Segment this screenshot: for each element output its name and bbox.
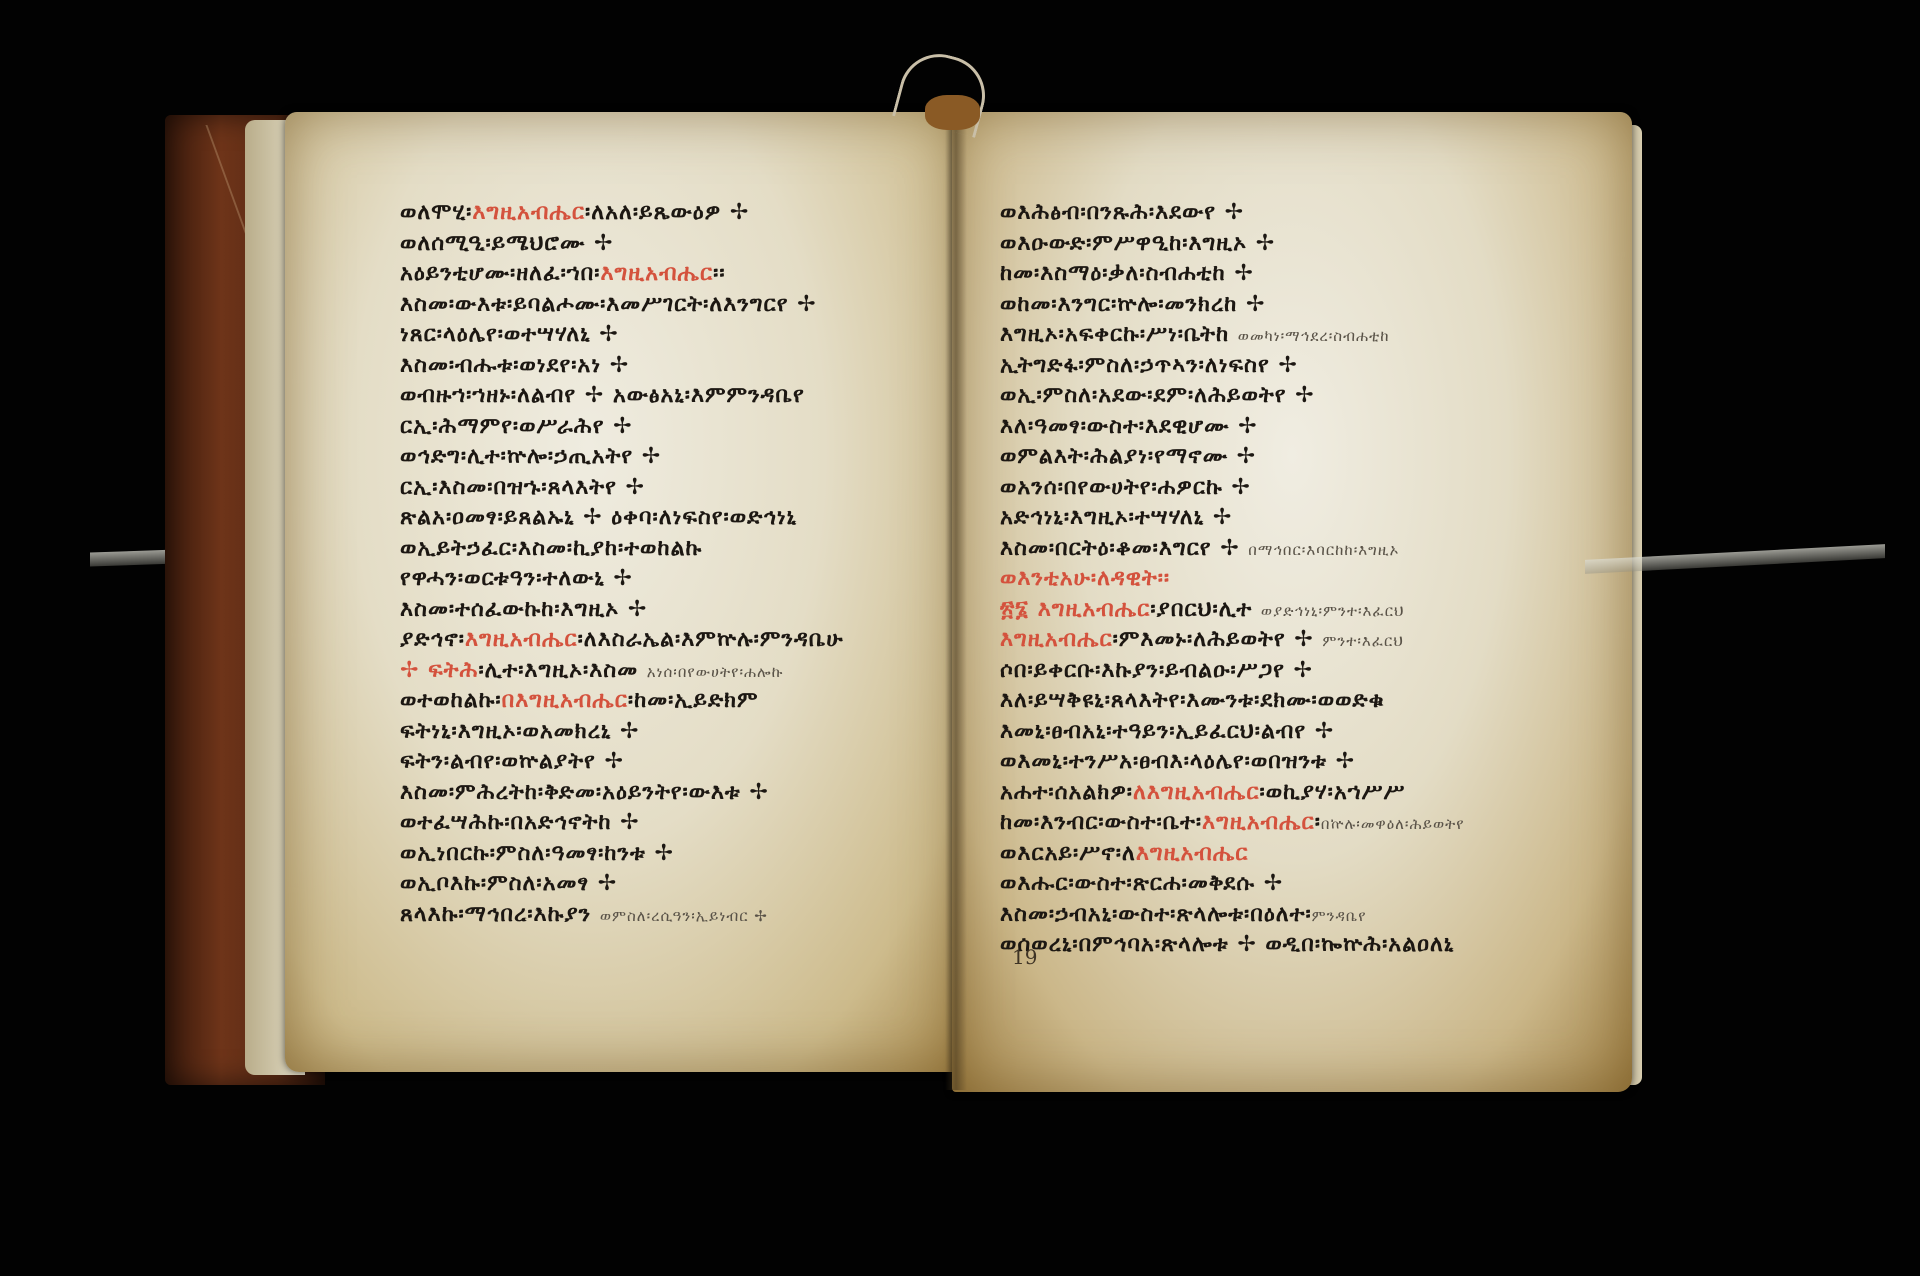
- manuscript-line: ከመ፡እስማዕ፡ቃለ፡ስብሐቲከ ✢: [1000, 259, 1560, 290]
- ink-text: ፍትን፡ልብየ፡ወኵልያትየ ✢: [400, 749, 624, 774]
- manuscript-line: አድኅነኒ፡እግዚኦ፡ተሣሃለኒ ✢: [1000, 503, 1560, 534]
- ink-text: ጽልአ፡ዐመፃ፡ይጸልኡኒ ✢ ዕቀባ፡ለነፍስየ፡ወድኅነኒ: [400, 505, 797, 530]
- manuscript-line: እለ፡ይሣቅዩኒ፡ጸላእትየ፡እሙንቱ፡ደክሙ፡ወወድቁ: [1000, 686, 1560, 717]
- ink-text: ኢትግድፋ፡ምስለ፡ኃጥኣን፡ለነፍስየ ✢: [1000, 353, 1298, 378]
- rubricated-text: በእግዚአብሔር: [502, 688, 628, 713]
- manuscript-line: ፍትነኒ፡እግዚኦ፡ወአመክረኒ ✢: [400, 717, 960, 748]
- ink-text: እለ፡ይሣቅዩኒ፡ጸላእትየ፡እሙንቱ፡ደክሙ፡ወወድቁ: [1000, 688, 1385, 713]
- manuscript-line: ኢትግድፋ፡ምስለ፡ኃጥኣን፡ለነፍስየ ✢: [1000, 351, 1560, 382]
- ink-text: ፡ሊተ፡እግዚኦ፡እስመ: [478, 658, 646, 683]
- rubricated-text: እግዚአብሔር: [600, 261, 713, 286]
- manuscript-line: ርኢ፡እስመ፡በዝኁ፡ጸላእትየ ✢: [400, 473, 960, 504]
- ink-text: ወለሞሂ፡: [400, 200, 472, 225]
- manuscript-line: ወእመኒ፡ተንሥአ፡ፀብእ፡ላዕሌየ፡ወበዝንቱ ✢: [1000, 747, 1560, 778]
- ink-text: እስመ፡ተሰፈውኩከ፡እግዚኦ ✢: [400, 597, 647, 622]
- ink-text: ወተወከልኩ፡: [400, 688, 502, 713]
- rubricated-text: እግዚአብሔር: [1136, 841, 1249, 866]
- manuscript-line: ወኢነበርኩ፡ምስለ፡ዓመፃ፡ከንቱ ✢: [400, 839, 960, 870]
- manuscript-line: ወምልእት፡ሕልያነ፡የማኖሙ ✢: [1000, 442, 1560, 473]
- ink-text: ያድኅኖ፡: [400, 627, 465, 652]
- ink-text: ወእሑር፡ውስተ፡ጽርሐ፡መቅደሱ ✢: [1000, 871, 1283, 896]
- ink-text: ወኅድግ፡ሊተ፡ኵሎ፡ኃጢአትየ ✢: [400, 444, 661, 469]
- ink-text: ርኢ፡እስመ፡በዝኁ፡ጸላእትየ ✢: [400, 475, 645, 500]
- ink-text: ጸላእኩ፡ማኅበረ፡እኩያን: [400, 902, 600, 927]
- ink-text: እለ፡ዓመፃ፡ውስተ፡እደዊሆሙ ✢: [1000, 414, 1258, 439]
- manuscript-line: እስመ፡ብሑቱ፡ወነደየ፡አነ ✢: [400, 351, 960, 382]
- ink-text: ወእመኒ፡ተንሥአ፡ፀብእ፡ላዕሌየ፡ወበዝንቱ ✢: [1000, 749, 1355, 774]
- rubricated-text: ፳፮ እግዚአብሔር: [1000, 597, 1150, 622]
- ink-text: ፍትነኒ፡እግዚኦ፡ወአመክረኒ ✢: [400, 719, 639, 744]
- manuscript-line: ወኢ፡ምስለ፡አደው፡ደም፡ለሕይወትየ ✢: [1000, 381, 1560, 412]
- manuscript-line: ወብዙኀ፡ኀዘኑ፡ለልብየ ✢ አውፅአኒ፡እምምንዳቤየ: [400, 381, 960, 412]
- ink-text: ወተፈሣሕኩ፡በአድኅኖትከ ✢: [400, 810, 640, 835]
- rubricated-text: ✢ ፍትሕ: [400, 658, 478, 683]
- manuscript-photo: ወለሞሂ፡እግዚአብሔር፡ለአለ፡ይጼውዕዎ ✢ወለሰሚዒ፡ይሜህሮሙ ✢አዕይ…: [0, 0, 1920, 1276]
- manuscript-line: ወሰወረኒ፡በምኅባአ፡ጽላሎቱ ✢ ወዲበ፡ኰኵሕ፡አልዐለኒ: [1000, 930, 1560, 961]
- faint-text: ወመካነ፡ማኅደረ፡ስብሐቲከ: [1238, 327, 1390, 345]
- faint-text: በኵሉ፡መዋዕለ፡ሕይወትየ: [1321, 815, 1465, 833]
- manuscript-line: ወእርአይ፡ሥኖ፡ለእግዚአብሔር: [1000, 839, 1560, 870]
- ink-text: ከመ፡እስማዕ፡ቃለ፡ስብሐቲከ ✢: [1000, 261, 1254, 286]
- ink-text: ወምልእት፡ሕልያነ፡የማኖሙ ✢: [1000, 444, 1256, 469]
- faint-text: ምንዳቤየ: [1312, 907, 1367, 925]
- ink-text: ወአንሰ፡በየውሀትየ፡ሐዎርኩ ✢: [1000, 475, 1251, 500]
- manuscript-line: ወኢይትኃፈር፡እስመ፡ኪያከ፡ተወከልኩ: [400, 534, 960, 565]
- faint-text: በማኅበር፡እባርከከ፡እግዚኦ: [1248, 541, 1399, 559]
- rubricated-text: ለእግዚአብሔር: [1133, 780, 1260, 805]
- manuscript-line: እስመ፡በርትዕ፡ቆመ፡እግርየ ✢ በማኅበር፡እባርከከ፡እግዚኦ: [1000, 534, 1560, 565]
- manuscript-line: ወተፈሣሕኩ፡በአድኅኖትከ ✢: [400, 808, 960, 839]
- manuscript-line: ፳፮ እግዚአብሔር፡ያበርህ፡ሊተ ወያድኅነኒ፡ምንተ፡እፈርህ: [1000, 595, 1560, 626]
- ink-text: ርኢ፡ሕማምየ፡ወሥራሕየ ✢: [400, 414, 633, 439]
- manuscript-line: እግዚአብሔር፡ምእመኑ፡ለሕይወትየ ✢ ምንተ፡እፈርህ: [1000, 625, 1560, 656]
- ink-text: እስመ፡ምሕረትከ፡ቅድመ፡አዕይንትየ፡ውእቱ ✢: [400, 780, 769, 805]
- ink-text: ወብዙኀ፡ኀዘኑ፡ለልብየ ✢ አውፅአኒ፡እምምንዳቤየ: [400, 383, 805, 408]
- manuscript-line: ወአንሰ፡በየውሀትየ፡ሐዎርኩ ✢: [1000, 473, 1560, 504]
- manuscript-line: እለ፡ዓመፃ፡ውስተ፡እደዊሆሙ ✢: [1000, 412, 1560, 443]
- ink-text: ከመ፡እንብር፡ውስተ፡ቤተ፡: [1000, 810, 1202, 835]
- manuscript-line: እስመ፡ውእቱ፡ይባልሖሙ፡እመሥገርት፡ለእንግርየ ✢: [400, 290, 960, 321]
- manuscript-line: ጽልአ፡ዐመፃ፡ይጸልኡኒ ✢ ዕቀባ፡ለነፍስየ፡ወድኅነኒ: [400, 503, 960, 534]
- ink-text: ወኢቦእኩ፡ምስለ፡አመፃ ✢: [400, 871, 617, 896]
- manuscript-line: ወእንቲአሁ፡ለዳዊት፡፡: [1000, 564, 1560, 595]
- ink-text: ወኢነበርኩ፡ምስለ፡ዓመፃ፡ከንቱ ✢: [400, 841, 674, 866]
- manuscript-line: ፍትን፡ልብየ፡ወኵልያትየ ✢: [400, 747, 960, 778]
- rubricated-text: እግዚአብሔር: [472, 200, 585, 225]
- page-number: 19: [1012, 945, 1037, 969]
- manuscript-line: የዋሓን፡ወርቱዓን፡ተለውኒ ✢: [400, 564, 960, 595]
- ink-text: ወእርአይ፡ሥኖ፡ለ: [1000, 841, 1136, 866]
- manuscript-line: አሐተ፡ሰአልክዎ፡ለእግዚአብሔር፡ወኪያሃ፡አኀሥሥ: [1000, 778, 1560, 809]
- rubricated-text: እግዚአብሔር: [1202, 810, 1315, 835]
- right-page-text: ወእሕፅብ፡በንጹሕ፡እደውየ ✢ወእዑውድ፡ምሥዋዒከ፡እግዚኦ ✢ከመ፡እስ…: [1000, 198, 1560, 961]
- ink-text: ወእሕፅብ፡በንጹሕ፡እደውየ ✢: [1000, 200, 1244, 225]
- ink-text: ፡ያበርህ፡ሊተ: [1150, 597, 1261, 622]
- left-page-text: ወለሞሂ፡እግዚአብሔር፡ለአለ፡ይጼውዕዎ ✢ወለሰሚዒ፡ይሜህሮሙ ✢አዕይ…: [400, 198, 960, 930]
- ink-text: ወኢይትኃፈር፡እስመ፡ኪያከ፡ተወከልኩ: [400, 536, 702, 561]
- manuscript-line: ✢ ፍትሕ፡ሊተ፡እግዚኦ፡እስመ አነሰ፡በየውሀትየ፡ሐሎኩ: [400, 656, 960, 687]
- ink-text: እግዚኦ፡አፍቀርኩ፡ሥነ፡ቤትከ: [1000, 322, 1238, 347]
- ink-text: ወሰወረኒ፡በምኅባአ፡ጽላሎቱ ✢ ወዲበ፡ኰኵሕ፡አልዐለኒ: [1000, 932, 1454, 957]
- manuscript-line: ወእሕፅብ፡በንጹሕ፡እደውየ ✢: [1000, 198, 1560, 229]
- manuscript-line: እስመ፡ምሕረትከ፡ቅድመ፡አዕይንትየ፡ውእቱ ✢: [400, 778, 960, 809]
- rubricated-text: እግዚአብሔር: [465, 627, 578, 652]
- manuscript-line: ርኢ፡ሕማምየ፡ወሥራሕየ ✢: [400, 412, 960, 443]
- manuscript-line: እግዚኦ፡አፍቀርኩ፡ሥነ፡ቤትከ ወመካነ፡ማኅደረ፡ስብሐቲከ: [1000, 320, 1560, 351]
- ink-text: ሶበ፡ይቀርቡ፡እኩያን፡ይብልዑ፡ሥጋየ ✢: [1000, 658, 1313, 683]
- manuscript-line: ወኅድግ፡ሊተ፡ኵሎ፡ኃጢአትየ ✢: [400, 442, 960, 473]
- ink-text: እስመ፡ብሑቱ፡ወነደየ፡አነ ✢: [400, 353, 629, 378]
- faint-text: ምንተ፡እፈርህ: [1322, 632, 1404, 650]
- manuscript-line: አዕይንቲሆሙ፡ዘለፈ፡ኀበ፡እግዚአብሔር፡፡: [400, 259, 960, 290]
- ink-text: ፡ለእስራኤል፡እምኵሉ፡ምንዳቤሁ: [578, 627, 844, 652]
- manuscript-line: እመኒ፡ፀብአኒ፡ተዓይን፡ኢይፈርህ፡ልብየ ✢: [1000, 717, 1560, 748]
- manuscript-line: ወኢቦእኩ፡ምስለ፡አመፃ ✢: [400, 869, 960, 900]
- ink-text: ፡ወኪያሃ፡አኀሥሥ: [1260, 780, 1406, 805]
- ink-text: ፡፡: [713, 261, 725, 286]
- ink-text: እስመ፡በርትዕ፡ቆመ፡እግርየ ✢: [1000, 536, 1248, 561]
- rubricated-text: እግዚአብሔር: [1000, 627, 1113, 652]
- manuscript-line: ወተወከልኩ፡በእግዚአብሔር፡ከመ፡ኢይድክም: [400, 686, 960, 717]
- ink-text: ወእዑውድ፡ምሥዋዒከ፡እግዚኦ ✢: [1000, 231, 1275, 256]
- manuscript-line: እስመ፡ተሰፈውኩከ፡እግዚኦ ✢: [400, 595, 960, 626]
- ink-text: ነጸር፡ላዕሌየ፡ወተሣሃለኒ ✢: [400, 322, 619, 347]
- ink-text: እመኒ፡ፀብአኒ፡ተዓይን፡ኢይፈርህ፡ልብየ ✢: [1000, 719, 1334, 744]
- manuscript-line: እስመ፡ኃብአኒ፡ውስተ፡ጽላሎቱ፡በዕለተ፡ምንዳቤየ: [1000, 900, 1560, 931]
- faint-text: አነሰ፡በየውሀትየ፡ሐሎኩ: [647, 663, 784, 681]
- ink-text: ፡ከመ፡ኢይድክም: [628, 688, 759, 713]
- ink-text: አሐተ፡ሰአልክዎ፡: [1000, 780, 1133, 805]
- ink-text: እስመ፡ኃብአኒ፡ውስተ፡ጽላሎቱ፡በዕለተ፡: [1000, 902, 1312, 927]
- manuscript-line: ወከመ፡እንግር፡ኵሎ፡መንክረከ ✢: [1000, 290, 1560, 321]
- ink-text: ፡ምእመኑ፡ለሕይወትየ ✢: [1113, 627, 1323, 652]
- faint-text: ወያድኅነኒ፡ምንተ፡እፈርህ: [1261, 602, 1405, 620]
- binding-knot: [925, 95, 980, 130]
- rubricated-text: ወእንቲአሁ፡ለዳዊት፡፡: [1000, 566, 1170, 591]
- faint-text: ወምስለ፡ረሲዓን፡ኢይነብር ✢: [600, 907, 768, 925]
- manuscript-line: ሶበ፡ይቀርቡ፡እኩያን፡ይብልዑ፡ሥጋየ ✢: [1000, 656, 1560, 687]
- manuscript-line: ወለሞሂ፡እግዚአብሔር፡ለአለ፡ይጼውዕዎ ✢: [400, 198, 960, 229]
- ink-text: ወለሰሚዒ፡ይሜህሮሙ ✢: [400, 231, 613, 256]
- manuscript-line: ያድኅኖ፡እግዚአብሔር፡ለእስራኤል፡እምኵሉ፡ምንዳቤሁ: [400, 625, 960, 656]
- manuscript-line: ከመ፡እንብር፡ውስተ፡ቤተ፡እግዚአብሔር፡በኵሉ፡መዋዕለ፡ሕይወትየ: [1000, 808, 1560, 839]
- manuscript-line: ጸላእኩ፡ማኅበረ፡እኩያን ወምስለ፡ረሲዓን፡ኢይነብር ✢: [400, 900, 960, 931]
- manuscript-line: ወእዑውድ፡ምሥዋዒከ፡እግዚኦ ✢: [1000, 229, 1560, 260]
- manuscript-line: ወለሰሚዒ፡ይሜህሮሙ ✢: [400, 229, 960, 260]
- ink-text: ፡ለአለ፡ይጼውዕዎ ✢: [585, 200, 749, 225]
- manuscript-line: ነጸር፡ላዕሌየ፡ወተሣሃለኒ ✢: [400, 320, 960, 351]
- ink-text: የዋሓን፡ወርቱዓን፡ተለውኒ ✢: [400, 566, 633, 591]
- ink-text: አዕይንቲሆሙ፡ዘለፈ፡ኀበ፡: [400, 261, 600, 286]
- ink-text: አድኅነኒ፡እግዚኦ፡ተሣሃለኒ ✢: [1000, 505, 1232, 530]
- ink-text: ወኢ፡ምስለ፡አደው፡ደም፡ለሕይወትየ ✢: [1000, 383, 1315, 408]
- manuscript-line: ወእሑር፡ውስተ፡ጽርሐ፡መቅደሱ ✢: [1000, 869, 1560, 900]
- ink-text: ወከመ፡እንግር፡ኵሎ፡መንክረከ ✢: [1000, 292, 1265, 317]
- ink-text: እስመ፡ውእቱ፡ይባልሖሙ፡እመሥገርት፡ለእንግርየ ✢: [400, 292, 817, 317]
